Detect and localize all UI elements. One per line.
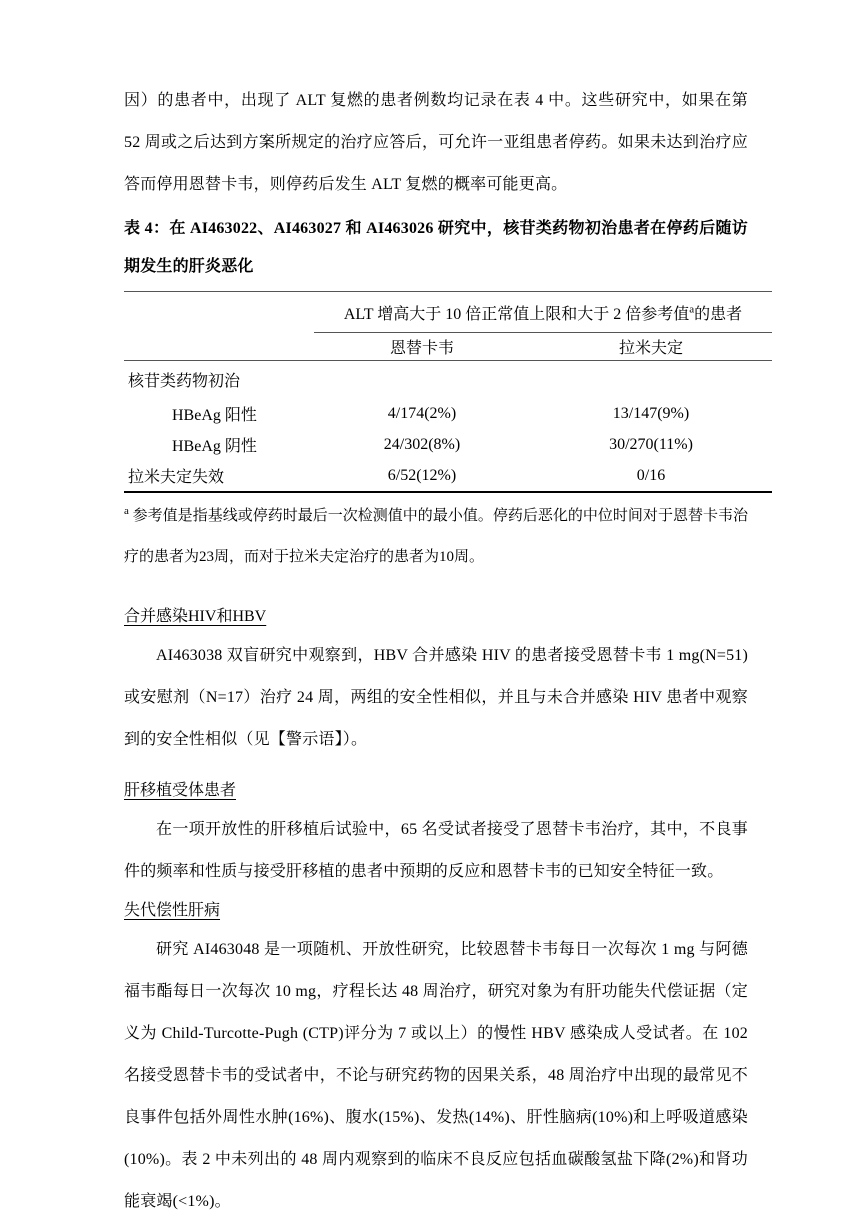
table4-cell-lamivudine [530,361,772,399]
table4-cell-lamivudine: 30/270(11%) [530,429,772,460]
table4-span-header-cell: ALT 增高大于 10 倍正常值上限和大于 2 倍参考值a的患者 [314,292,772,333]
table4-row-label: HBeAg 阴性 [124,429,314,460]
table-row: HBeAg 阳性 4/174(2%) 13/147(9%) [124,398,772,429]
table4-footnote: a 参考值是指基线或停药时最后一次检测值中的最小值。停药后恶化的中位时间对于恩替… [124,496,748,578]
paragraph-decompensated-liver-disease: 研究 AI463048 是一项随机、开放性研究，比较恩替卡韦每日一次每次 1 m… [124,929,748,1223]
footnote-text: 参考值是指基线或停药时最后一次检测值中的最小值。停药后恶化的中位时间对于恩替卡韦… [124,508,748,565]
table4-col-header-lamivudine: 拉米夫定 [530,333,772,361]
table-row: 拉米夫定失效 6/52(12%) 0/16 [124,460,772,492]
paragraph-liver-transplant: 在一项开放性的肝移植后试验中，65 名受试者接受了恩替卡韦治疗，其中，不良事件的… [124,809,748,893]
section-heading-liver-transplant: 肝移植受体患者 [124,778,748,804]
table4-span-header-tail: 的患者 [694,306,742,323]
table4-cell-lamivudine: 13/147(9%) [530,398,772,429]
section-heading-decompensated-liver-disease: 失代偿性肝病 [124,898,748,924]
table4-row-label: HBeAg 阳性 [124,398,314,429]
paragraph-hiv-hbv-coinfection: AI463038 双盲研究中观察到，HBV 合并感染 HIV 的患者接受恩替卡韦… [124,635,748,761]
table4-cell-entecavir [314,361,530,399]
table4: ALT 增高大于 10 倍正常值上限和大于 2 倍参考值a的患者 恩替卡韦 拉米… [124,291,772,493]
table4-col-header-entecavir: 恩替卡韦 [314,333,530,361]
table4-cell-entecavir: 24/302(8%) [314,429,530,460]
table4-cell-entecavir: 4/174(2%) [314,398,530,429]
table4-row-label: 核苷类药物初治 [124,361,314,399]
table4-empty-header-cell [124,333,314,361]
table4-corner-cell [124,292,314,333]
table4-row-label: 拉米夫定失效 [124,460,314,492]
table4-cell-lamivudine: 0/16 [530,460,772,492]
table4-column-header-row: 恩替卡韦 拉米夫定 [124,333,772,361]
table4-span-header-row: ALT 增高大于 10 倍正常值上限和大于 2 倍参考值a的患者 [124,292,772,333]
table4-span-header-text: ALT 增高大于 10 倍正常值上限和大于 2 倍参考值 [344,306,689,323]
paragraph-alt-rebound: 因）的患者中，出现了 ALT 复燃的患者例数均记录在表 4 中。这些研究中，如果… [124,80,748,206]
document-page: 因）的患者中，出现了 ALT 复燃的患者例数均记录在表 4 中。这些研究中，如果… [0,0,868,1227]
table-row: HBeAg 阴性 24/302(8%) 30/270(11%) [124,429,772,460]
section-heading-hiv-hbv-coinfection: 合并感染HIV和HBV [124,604,748,630]
table-row: 核苷类药物初治 [124,361,772,399]
table4-title: 表 4：在 AI463022、AI463027 和 AI463026 研究中，核… [124,210,748,286]
table4-cell-entecavir: 6/52(12%) [314,460,530,492]
